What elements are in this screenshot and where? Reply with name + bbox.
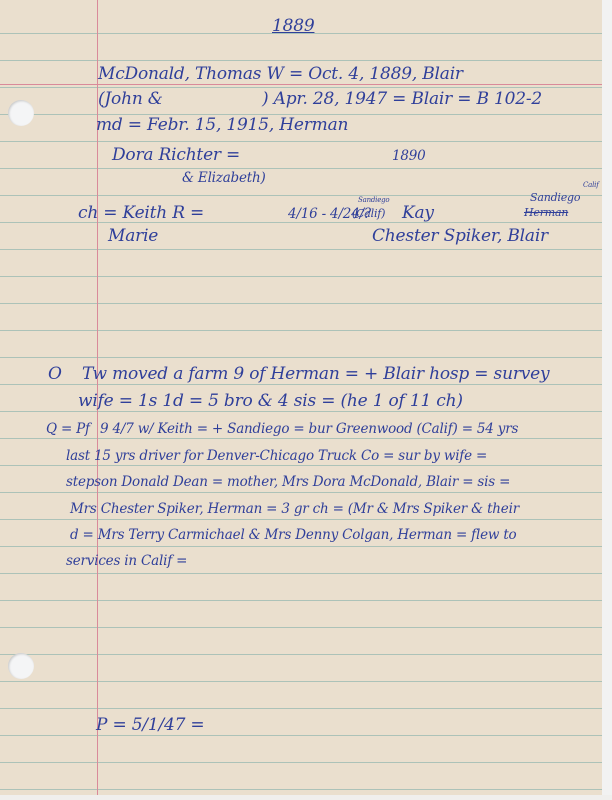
obit-line-6: Mrs Chester Spiker, Herman = 3 gr ch = (…	[70, 501, 519, 517]
entry-spouse-birth-year: 1890	[392, 148, 426, 164]
children-kay: Kay	[402, 203, 434, 223]
children-note-above: Sandiego	[358, 196, 389, 204]
entry-parents-open: (John &	[98, 89, 163, 109]
children-correction-above: Calif	[583, 181, 599, 189]
obit-marker-q: Q = Pf	[46, 421, 90, 437]
children-marie-spouse: Chester Spiker, Blair	[372, 226, 548, 246]
punch-hole-top	[8, 100, 34, 126]
notebook-page: 1889 McDonald, Thomas W = Oct. 4, 1889, …	[0, 0, 602, 795]
entry-name-birth: McDonald, Thomas W = Oct. 4, 1889, Blair	[98, 64, 463, 84]
scan-edge-right	[602, 0, 612, 800]
scan-edge-bottom	[0, 795, 612, 800]
obit-line-4: last 15 yrs driver for Denver-Chicago Tr…	[66, 448, 487, 464]
punch-hole-bottom	[8, 653, 34, 679]
entry-parents-close: & Elizabeth)	[182, 170, 266, 186]
children-correction: Sandiego	[530, 191, 580, 204]
entry-spouse: Dora Richter =	[112, 145, 240, 165]
header-year: 1889	[272, 16, 314, 36]
obit-line-7: d = Mrs Terry Carmichael & Mrs Denny Col…	[70, 527, 516, 543]
obit-line-3: 9 4/7 w/ Keith = + Sandiego = bur Greenw…	[100, 421, 518, 437]
children-calif: (Calif)	[352, 207, 385, 220]
entry-marriage: md = Febr. 15, 1915, Herman	[96, 115, 348, 135]
footer-publication-note: P = 5/1/47 =	[96, 715, 204, 735]
top-margin-rule	[0, 84, 602, 85]
obit-line-2: wife = 1s 1d = 5 bro & 4 sis = (he 1 of …	[78, 391, 463, 411]
children-struck-herman: Herman	[524, 206, 568, 219]
children-keith: ch = Keith R =	[78, 203, 204, 223]
obit-line-5: stepson Donald Dean = mother, Mrs Dora M…	[66, 474, 510, 490]
obit-line-8: services in Calif =	[66, 553, 187, 569]
obit-marker-o: O	[48, 364, 62, 384]
entry-death: ) Apr. 28, 1947 = Blair = B 102-2	[262, 89, 542, 109]
obit-line-1: Tw moved a farm 9 of Herman = + Blair ho…	[82, 364, 549, 384]
children-marie: Marie	[108, 226, 158, 246]
